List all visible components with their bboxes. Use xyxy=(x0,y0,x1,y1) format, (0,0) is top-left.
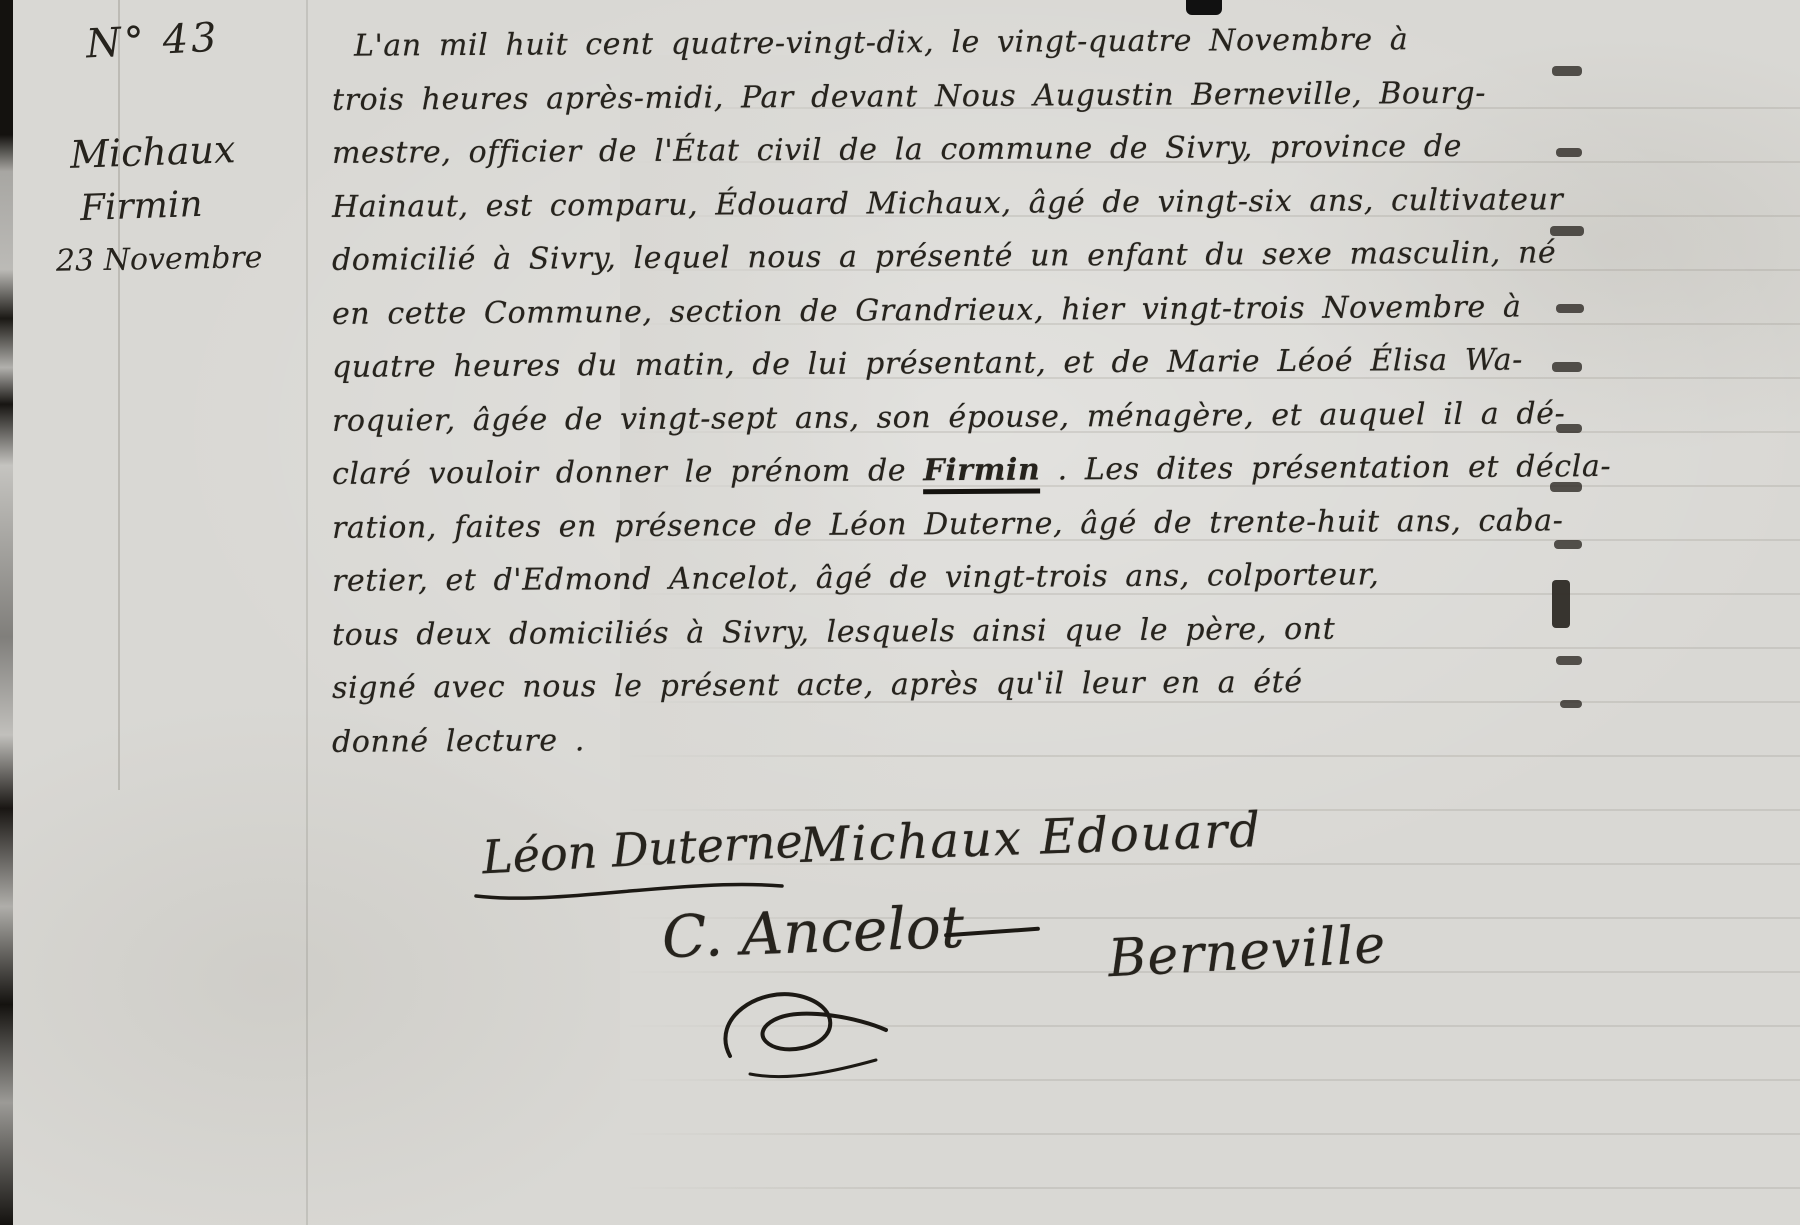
act-line-13: signé avec nous le présent acte, après q… xyxy=(332,654,1582,715)
signature-michaux-edouard: Michaux Edouard xyxy=(799,802,1263,874)
act-line-14: donné lecture . xyxy=(332,708,1582,769)
child-name-underlined: Firmin xyxy=(923,452,1040,494)
act-line-6: en cette Commune, section de Grandrieux,… xyxy=(332,280,1582,341)
register-page-scan: N° 43 Michaux Firmin 23 Novembre L'an mi… xyxy=(0,0,1800,1225)
signature-duterne: Léon Duterne xyxy=(481,814,804,885)
act-number: N° 43 xyxy=(85,15,221,68)
margin-surname: Michaux xyxy=(69,127,236,177)
margin-date: 23 Novembre xyxy=(56,240,263,279)
act-text-block: L'an mil huit cent quatre-vingt-dix, le … xyxy=(332,16,1582,765)
act-line-4: Hainaut, est comparu, Édouard Michaux, â… xyxy=(332,173,1582,234)
act-line-12: tous deux domiciliés à Sivry, lesquels a… xyxy=(332,601,1582,662)
act-line-5: domicilié à Sivry, lequel nous a présent… xyxy=(332,226,1582,287)
signature-berneville: Berneville xyxy=(1107,915,1388,989)
fold-line-margin xyxy=(306,0,308,1225)
ink-blot-top-edge xyxy=(1186,0,1222,15)
act-line-8: roquier, âgée de vingt-sept ans, son épo… xyxy=(332,387,1582,448)
act-line-9-post: . Les dites présentation et décla- xyxy=(1040,449,1611,487)
act-line-2: trois heures après-midi, Par devant Nous… xyxy=(332,66,1582,127)
act-line-3: mestre, officier de l'État civil de la c… xyxy=(332,119,1582,180)
ancelot-paraph-flourish xyxy=(690,978,910,1088)
act-line-9-pre: claré vouloir donner le prénom de xyxy=(332,453,924,492)
signature-ancelot: C. Ancelot xyxy=(661,893,965,971)
binding-edge-shadow xyxy=(0,0,13,1225)
act-line-1: L'an mil huit cent quatre-vingt-dix, le … xyxy=(332,12,1582,73)
act-line-9: claré vouloir donner le prénom de Firmin… xyxy=(332,440,1582,501)
act-line-11: retier, et d'Edmond Ancelot, âgé de ving… xyxy=(332,547,1582,608)
fold-line-left xyxy=(118,0,120,790)
act-line-7: quatre heures du matin, de lui présentan… xyxy=(332,333,1582,394)
margin-given-name: Firmin xyxy=(79,184,203,229)
act-line-10: ration, faites en présence de Léon Duter… xyxy=(332,494,1582,555)
